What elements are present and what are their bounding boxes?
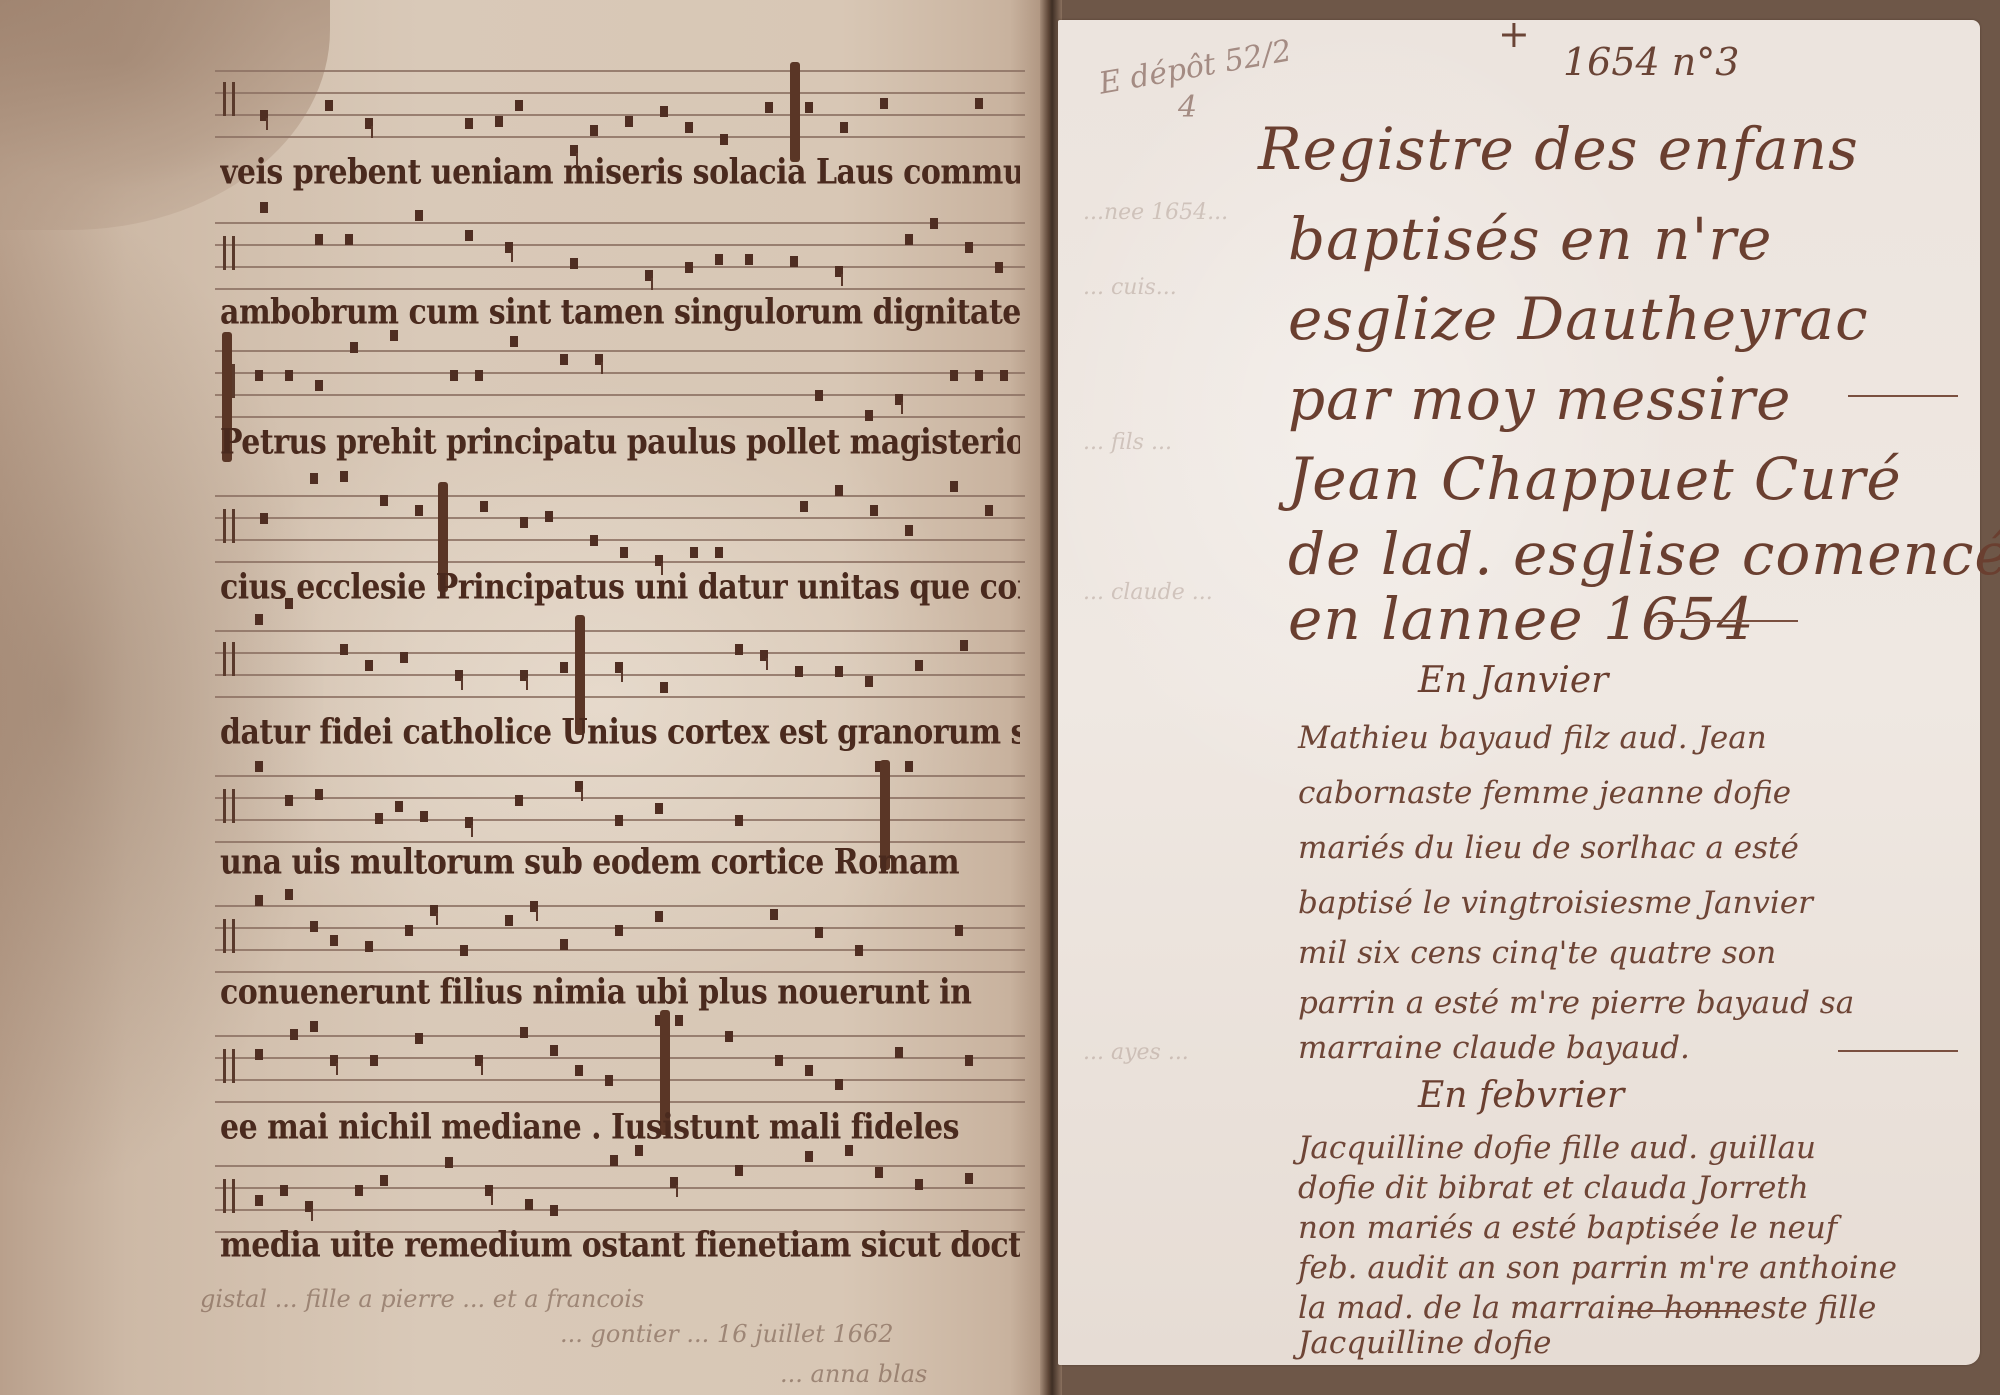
clef-icon <box>223 642 235 676</box>
register-entry-line: baptisé le vingtroisiesme Janvier <box>1298 885 1813 921</box>
margin-annotation: ... gontier ... 16 juillet 1662 <box>560 1320 894 1348</box>
decorated-initial <box>790 62 800 162</box>
clef-icon <box>223 1049 235 1083</box>
register-entry-line: dofie dit bibrat et clauda Jorreth <box>1298 1170 1809 1206</box>
register-header: 1654 n°3 <box>1563 40 1739 84</box>
line-filler-stroke <box>1848 395 1958 397</box>
register-entry-line: parrin a esté m're pierre bayaud sa <box>1298 985 1854 1021</box>
register-entry-line: la mad. de la marraine honneste fille <box>1298 1290 1876 1326</box>
music-staff <box>215 1165 1025 1231</box>
clef-icon <box>223 789 235 823</box>
register-entry-line: non mariés a esté baptisée le neuf <box>1298 1210 1837 1246</box>
clef-icon <box>223 236 235 270</box>
register-title-line: de lad. esglise comencé <box>1288 520 2000 588</box>
cross-icon: + <box>1498 12 1530 56</box>
register-entry-line: Jacquilline dofie fille aud. guillau <box>1298 1130 1816 1166</box>
line-filler-stroke <box>1658 620 1798 622</box>
chant-text-line: Petrus prehit principatu paulus pollet m… <box>220 422 1020 462</box>
clef-icon <box>223 509 235 543</box>
archive-sub-number: 4 <box>1178 90 1197 125</box>
music-staff <box>215 70 1025 136</box>
register-entry-line: mil six cens cinq'te quatre son <box>1298 935 1776 971</box>
register-entry-line: Jacquilline dofie <box>1298 1325 1551 1361</box>
margin-annotation: ... anna blas <box>780 1360 927 1388</box>
register-entry-line: feb. audit an son parrin m're anthoine <box>1298 1250 1897 1286</box>
chant-text-line: media uite remedium ostant fienetiam sic… <box>220 1225 1020 1265</box>
chant-text-line: una uis multorum sub eodem cortice Romam <box>220 842 1020 882</box>
month-heading-january: En Janvier <box>1418 660 1608 701</box>
music-staff <box>215 905 1025 971</box>
month-heading-february: En febvrier <box>1418 1075 1624 1116</box>
chant-text-line: cius ecclesie Principatus uni datur unit… <box>220 567 1020 607</box>
register-title-line: baptisés en n're <box>1288 205 1772 273</box>
signature-flourish <box>1838 1050 1958 1052</box>
chant-text-line: ee mai nichil mediane . Iusistunt mali f… <box>220 1107 1020 1147</box>
register-entry-line: marraine claude bayaud. <box>1298 1030 1690 1066</box>
clef-icon <box>223 919 235 953</box>
register-title-line: Jean Chappuet Curé <box>1288 445 1902 513</box>
music-staff <box>215 630 1025 696</box>
register-title-line: esglize Dautheyrac <box>1288 285 1869 353</box>
music-staff <box>215 1035 1025 1101</box>
register-entry-line: mariés du lieu de sorlhac a esté <box>1298 830 1799 866</box>
music-staff <box>215 222 1025 288</box>
clef-icon <box>223 82 235 116</box>
right-page-baptism-register: ...nee 1654... ... cuis... ... fils ... … <box>1058 20 1980 1365</box>
music-staff <box>215 350 1025 416</box>
register-title-line: Registre des enfans <box>1258 115 1859 183</box>
music-staff <box>215 775 1025 841</box>
register-entry-line: cabornaste femme jeanne dofie <box>1298 775 1791 811</box>
signature-flourish <box>1618 1310 1758 1312</box>
chant-text-line: ambobrum cum sint tamen singulorum digni… <box>220 292 1020 332</box>
register-title-line: en lannee 1654 <box>1288 585 1755 653</box>
music-staff <box>215 495 1025 561</box>
left-page-chant-manuscript: veis prebent ueniam miseris solacia Laus… <box>0 0 1052 1395</box>
chant-text-line: datur fidei catholice Unius cortex est g… <box>220 712 1020 752</box>
chant-text-line: conuenerunt filius nimia ubi plus noueru… <box>220 972 1020 1012</box>
margin-annotation: gistal ... fille a pierre ... et a franc… <box>200 1285 644 1313</box>
register-title-line: par moy messire <box>1288 365 1791 433</box>
manuscript-spread: veis prebent ueniam miseris solacia Laus… <box>0 0 2000 1395</box>
chant-text-line: veis prebent ueniam miseris solacia Laus… <box>220 152 1020 192</box>
clef-icon <box>223 1179 235 1213</box>
register-entry-line: Mathieu bayaud filz aud. Jean <box>1298 720 1767 756</box>
